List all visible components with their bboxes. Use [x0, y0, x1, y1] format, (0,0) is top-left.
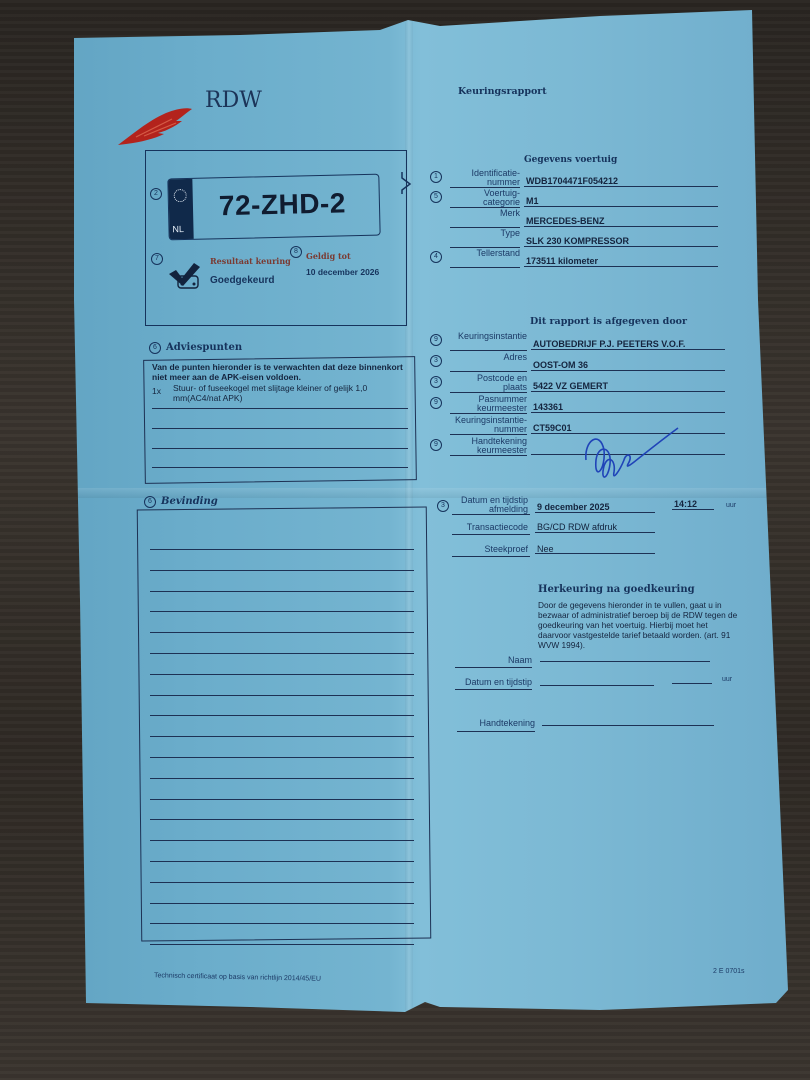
field-label: Type: [448, 229, 520, 238]
field-value: MERCEDES-BENZ: [526, 216, 605, 226]
field-value: WDB1704471F054212: [526, 176, 618, 186]
reinspection-signature-label-line: [457, 731, 535, 732]
reinspection-name-label: Naam: [455, 656, 532, 665]
reinspection-signature-field[interactable]: [542, 725, 714, 726]
finding-line: [150, 653, 414, 654]
reinspection-datetime-label-line: [455, 689, 532, 690]
field-label-line: [450, 350, 527, 351]
datetime-label-line2: afmelding: [440, 505, 528, 514]
marker-9: 9: [430, 334, 442, 346]
field-label-line: [450, 267, 520, 268]
marker-5: 5: [430, 191, 442, 203]
datetime-label: Datum en tijdstip afmelding: [440, 496, 528, 514]
field-value-line: [524, 206, 718, 207]
reinspection-time-field[interactable]: [672, 683, 712, 684]
transaction-value-line: [535, 532, 655, 533]
footer-form-code: 2 E 0701s: [713, 968, 745, 975]
field-value-line: [524, 246, 718, 247]
datetime-date-line: [535, 512, 655, 513]
marker-2: 2: [150, 188, 162, 200]
result-label: Resultaat keuring: [210, 256, 291, 266]
marker-1: 1: [430, 171, 442, 183]
marker-4: 4: [430, 251, 442, 263]
sample-label: Steekproef: [440, 545, 528, 554]
marker-9: 9: [430, 397, 442, 409]
reinspection-heading: Herkeuring na goedkeuring: [538, 584, 695, 595]
eu-band: NL: [168, 179, 193, 240]
field-value: 143361: [533, 402, 563, 412]
finding-line: [150, 736, 414, 737]
issuer-name: RDW: [205, 88, 262, 113]
rdw-feather-logo-icon: [116, 103, 196, 147]
reinspection-text: Door de gegevens hieronder in te vullen,…: [538, 600, 738, 650]
datetime-time-value: 14:12: [674, 499, 697, 509]
field-value-line: [524, 186, 718, 187]
plate-number: 72-ZHD-2: [219, 187, 347, 222]
field-label-line2: Merk: [448, 209, 520, 218]
field-label: Postcode enplaats: [448, 374, 527, 392]
reinspection-name-label-line: [455, 667, 532, 668]
valid-until-value: 10 december 2026: [306, 267, 379, 277]
field-value: SLK 230 KOMPRESSOR: [526, 236, 629, 246]
advice-line: [152, 408, 408, 409]
time-unit: uur: [726, 502, 736, 509]
field-label-line2: keurmeester: [448, 446, 527, 455]
finding-line: [150, 944, 414, 945]
field-value: 173511 kilometer: [526, 256, 598, 266]
advice-intro: Van de punten hieronder is te verwachten…: [152, 362, 410, 382]
transaction-value: BG/CD RDW afdruk: [537, 522, 617, 532]
finding-line: [150, 611, 414, 612]
field-label-line2: categorie: [448, 198, 520, 207]
field-value-line: [531, 370, 725, 371]
marker-3: 3: [430, 355, 442, 367]
plate-country: NL: [172, 224, 184, 234]
reinspection-time-unit: uur: [722, 676, 732, 683]
issued-by-heading: Dit rapport is afgegeven door: [530, 316, 687, 327]
reinspection-date-field[interactable]: [540, 685, 654, 686]
reinspection-name-field[interactable]: [540, 661, 710, 662]
finding-box: [137, 506, 432, 941]
field-label: Adres: [448, 353, 527, 362]
field-label: Voertuig-categorie: [448, 189, 520, 207]
finding-line: [150, 632, 414, 633]
field-label-line2: keurmeester: [448, 404, 527, 413]
field-value: AUTOBEDRIJF P.J. PEETERS V.O.F.: [533, 339, 685, 349]
marker-6-finding: 6: [144, 496, 156, 508]
footer-directive: Technisch certificaat op basis van richt…: [154, 972, 321, 982]
finding-line: [150, 674, 414, 675]
field-label-line: [450, 413, 527, 414]
field-label: Identificatie-nummer: [448, 169, 520, 187]
advice-line: [152, 428, 408, 429]
panel-notch-icon: [400, 172, 414, 194]
finding-line: [150, 570, 414, 571]
sample-value-line: [535, 553, 655, 554]
field-value-line: [524, 226, 718, 227]
field-value-line: [524, 266, 718, 267]
field-label: Pasnummerkeurmeester: [448, 395, 527, 413]
finding-line: [150, 715, 414, 716]
valid-until-label: Geldig tot: [306, 251, 351, 261]
finding-line: [150, 861, 414, 862]
finding-line: [150, 695, 414, 696]
marker-8: 8: [290, 246, 302, 258]
result-value: Goedgekeurd: [210, 275, 274, 286]
finding-line: [150, 819, 414, 820]
field-value: 5422 VZ GEMERT: [533, 381, 608, 391]
field-label-line2: plaats: [448, 383, 527, 392]
advice-item-qty: 1x: [152, 386, 161, 396]
eu-stars-icon: [174, 189, 187, 202]
document-title: Keuringsrapport: [458, 86, 547, 97]
vehicle-heading: Gegevens voertuig: [524, 155, 617, 165]
transaction-label: Transactiecode: [440, 523, 528, 532]
finding-line: [150, 591, 414, 592]
advice-item-text: Stuur- of fuseekogel met slijtage kleine…: [173, 383, 409, 403]
finding-line: [150, 549, 414, 550]
sample-label-line: [452, 556, 530, 557]
finding-heading: Bevinding: [161, 496, 218, 507]
field-label-line: [450, 455, 527, 456]
field-label-line: [450, 371, 527, 372]
finding-line: [150, 882, 414, 883]
field-label: Merk: [448, 209, 520, 218]
advice-heading: Adviespunten: [166, 342, 242, 353]
field-label: Keuringsinstantie-nummer: [448, 416, 527, 434]
marker-9: 9: [430, 439, 442, 451]
datetime-date-value: 9 december 2025: [537, 502, 610, 512]
approved-car-check-icon: [168, 262, 202, 290]
field-label-line: [450, 434, 527, 435]
reinspection-signature-label: Handtekening: [455, 719, 535, 728]
field-label-line2: Keuringsinstantie: [448, 332, 527, 341]
transaction-label-line: [452, 534, 530, 535]
finding-line: [150, 757, 414, 758]
field-label: Handtekeningkeurmeester: [448, 437, 527, 455]
field-label-line2: nummer: [448, 425, 527, 434]
marker-6-advice: 6: [149, 342, 161, 354]
finding-line: [150, 778, 414, 779]
inspection-report-paper: RDW Keuringsrapport 2 NL 72-ZHD-2 7 Resu…: [0, 0, 810, 1080]
finding-line: [150, 923, 414, 924]
field-value: CT59C01: [533, 423, 572, 433]
marker-7: 7: [151, 253, 163, 265]
field-value: OOST-OM 36: [533, 360, 588, 370]
reinspection-datetime-label: Datum en tijdstip: [455, 678, 532, 687]
field-label: Keuringsinstantie: [448, 332, 527, 341]
field-value-line: [531, 391, 725, 392]
finding-line: [150, 840, 414, 841]
finding-line: [150, 903, 414, 904]
field-label-line: [450, 392, 527, 393]
field-label-line2: nummer: [448, 178, 520, 187]
field-label: Tellerstand: [448, 249, 520, 258]
license-plate: NL 72-ZHD-2: [167, 174, 380, 241]
advice-line: [152, 467, 408, 468]
field-value-line: [531, 412, 725, 413]
field-label-line2: Type: [448, 229, 520, 238]
inspector-signature: [582, 420, 682, 490]
field-value: M1: [526, 196, 539, 206]
marker-3: 3: [430, 376, 442, 388]
datetime-time-line: [672, 509, 714, 510]
field-value-line: [531, 349, 725, 350]
field-label-line2: Tellerstand: [448, 249, 520, 258]
field-label-line2: Adres: [448, 353, 527, 362]
advice-line: [152, 448, 408, 449]
finding-line: [150, 799, 414, 800]
datetime-label-line: [452, 514, 530, 515]
